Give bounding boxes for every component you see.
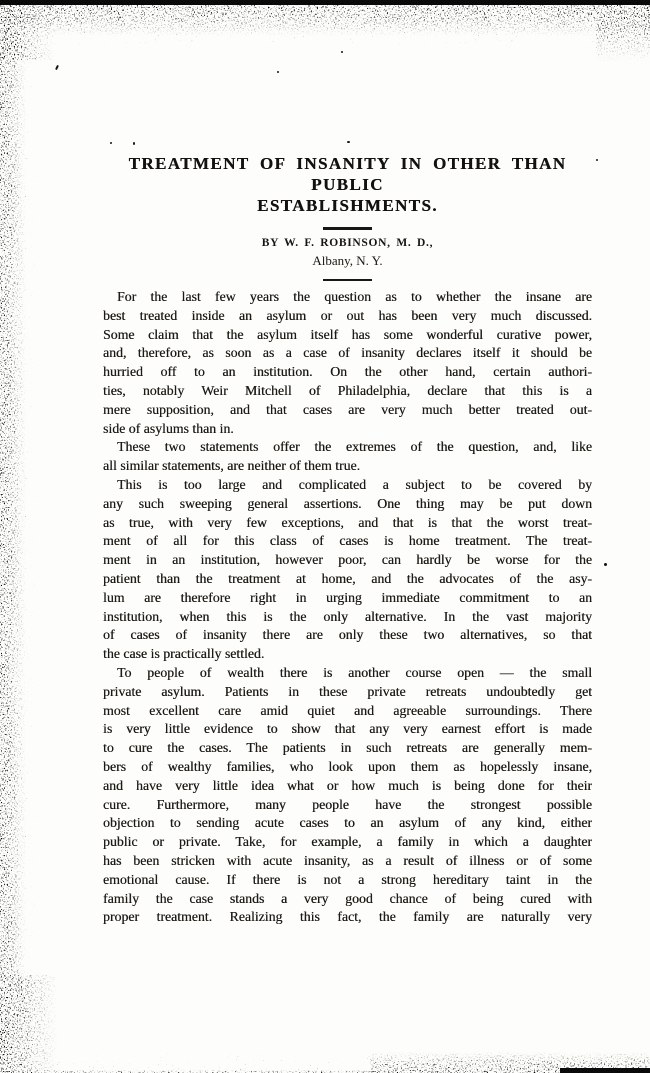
body-text-line: the case is practically settled. xyxy=(103,645,592,664)
scan-speck xyxy=(55,65,59,70)
top-right-corner-noise xyxy=(596,2,650,62)
body-text-line: hurried off to an institution. On the ot… xyxy=(103,363,592,382)
top-edge-noise-faint xyxy=(0,20,650,54)
bottom-right-edge-noise xyxy=(370,1052,650,1073)
body-text-line: family the case stands a very good chanc… xyxy=(103,890,592,909)
body-text-line: emotional cause. If there is not a stron… xyxy=(103,871,592,890)
body-text-line: side of asylums than in. xyxy=(103,420,592,439)
article-title-line2: ESTABLISHMENTS. xyxy=(257,196,438,215)
top-edge-noise xyxy=(0,3,650,36)
body-text-line: public or private. Take, for example, a … xyxy=(103,833,592,852)
body-text-line: and have very little idea what or how mu… xyxy=(103,777,592,796)
left-edge-noise-faint xyxy=(0,0,42,1073)
body-text-line: This is too large and complicated a subj… xyxy=(103,476,592,495)
body-text-line: cure. Furthermore, many people have the … xyxy=(103,796,592,815)
body-text-line: Some claim that the asylum itself has so… xyxy=(103,326,592,345)
body-text-line: is very little evidence to show that any… xyxy=(103,720,592,739)
body-text-line: best treated inside an asylum or out has… xyxy=(103,307,592,326)
body-text-line: ment of all for this class of cases is h… xyxy=(103,532,592,551)
body-text-line: private asylum. Patients in these privat… xyxy=(103,683,592,702)
left-edge-noise xyxy=(0,0,26,1073)
scan-speck xyxy=(133,142,135,145)
article-title-line1: TREATMENT OF INSANITY IN OTHER THAN PUBL… xyxy=(129,154,567,194)
body-text-line: For the last few years the question as t… xyxy=(103,288,592,307)
article-title: TREATMENT OF INSANITY IN OTHER THAN PUBL… xyxy=(103,153,592,216)
article-content: TREATMENT OF INSANITY IN OTHER THAN PUBL… xyxy=(103,153,592,927)
article-body: For the last few years the question as t… xyxy=(103,288,592,927)
scan-speck xyxy=(596,159,598,161)
section-divider-upper xyxy=(323,227,372,230)
bottom-right-edge-bar xyxy=(560,1068,650,1073)
body-text-line: of cases of insanity there are only thes… xyxy=(103,626,592,645)
scan-speck xyxy=(110,142,112,144)
article-byline-location: Albany, N. Y. xyxy=(103,253,592,269)
body-text-line: most excellent care amid quiet and agree… xyxy=(103,702,592,721)
body-text-line: all similar statements, are neither of t… xyxy=(103,457,592,476)
article-byline: BY W. F. ROBINSON, M. D., xyxy=(103,237,592,249)
section-divider-lower xyxy=(323,279,372,282)
body-text-line: to cure the cases. The patients in such … xyxy=(103,739,592,758)
top-left-corner-noise xyxy=(0,0,55,60)
body-text-line: bers of wealthy families, who look upon … xyxy=(103,758,592,777)
scan-speck xyxy=(341,51,343,53)
body-text-line: patient than the treatment at home, and … xyxy=(103,570,592,589)
body-text-line: To people of wealth there is another cou… xyxy=(103,664,592,683)
body-text-line: has been stricken with acute insanity, a… xyxy=(103,852,592,871)
body-text-line: lum are therefore right in urging immedi… xyxy=(103,589,592,608)
body-text-line: any such sweeping general assertions. On… xyxy=(103,495,592,514)
scan-speck xyxy=(604,563,607,566)
body-text-line: institution, when this is the only alter… xyxy=(103,608,592,627)
bottom-left-corner-noise xyxy=(0,975,58,1073)
body-text-line: proper treatment. Realizing this fact, t… xyxy=(103,908,592,927)
body-text-line: ties, notably Weir Mitchell of Philadelp… xyxy=(103,382,592,401)
bottom-edge-noise xyxy=(0,1050,650,1073)
scan-speck xyxy=(347,141,350,143)
scan-speck xyxy=(277,71,279,73)
body-text-line: objection to sending acute cases to an a… xyxy=(103,814,592,833)
top-edge-bar xyxy=(0,0,650,5)
body-text-line: as true, with very few exceptions, and t… xyxy=(103,514,592,533)
body-text-line: mere supposition, and that cases are ver… xyxy=(103,401,592,420)
body-text-line: and, therefore, as soon as a case of ins… xyxy=(103,344,592,363)
scanned-paper-page: TREATMENT OF INSANITY IN OTHER THAN PUBL… xyxy=(0,0,650,1073)
body-text-line: These two statements offer the extremes … xyxy=(103,438,592,457)
body-text-line: ment in an institution, however poor, ca… xyxy=(103,551,592,570)
